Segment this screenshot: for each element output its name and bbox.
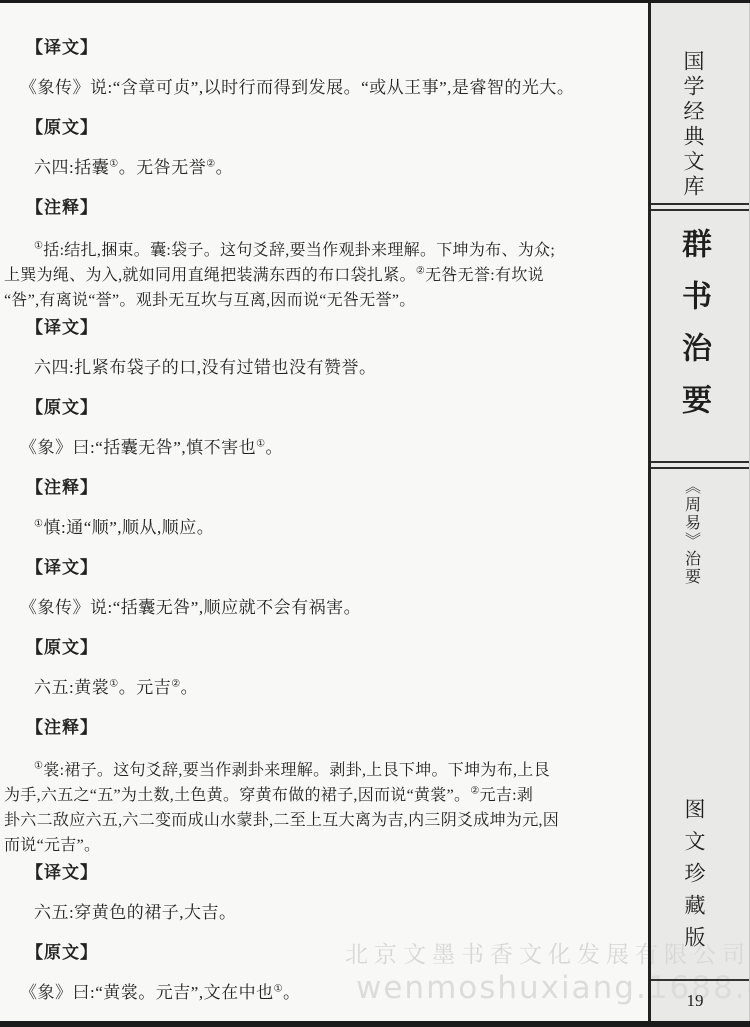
translation-paragraph: 六五:穿黄色的裙子,大吉。 (34, 903, 648, 923)
series-title: 国学经典文库 (678, 50, 708, 200)
section-header: 【译文】 (26, 558, 648, 578)
book-spine-sidebar: 国学经典文库 群书治要 《周易》治要 图文珍藏版 19 (648, 0, 750, 1027)
section-header: 【译文】 (26, 318, 648, 338)
chapter-title-row: 《周易》治要 (651, 478, 731, 586)
sidebar-divider (651, 203, 749, 211)
section-header: 【译文】 (26, 38, 648, 58)
chapter-title: 《周易》治要 (680, 478, 703, 586)
section-header: 【注释】 (26, 478, 648, 498)
page-number: 19 (651, 981, 739, 1021)
original-text-line: 《象》曰:“黄裳。元吉”,文在中也①。 (20, 983, 648, 1003)
original-text-line: 《象》曰:“括囊无咎”,慎不害也①。 (20, 438, 648, 458)
annotation-paragraph: ①裳:裙子。这句爻辞,要当作剥卦来理解。剥卦,上艮下坤。下坤为布,上艮 为手,六… (4, 758, 644, 858)
series-title-row: 国学经典文库 (651, 50, 735, 200)
page-bottom-rule (0, 1021, 750, 1027)
page-top-rule (0, 0, 750, 3)
section-header: 【原文】 (26, 118, 648, 138)
book-title-row: 群书治要 (651, 228, 735, 436)
original-text-line: 六五:黄裳①。元吉②。 (34, 678, 648, 698)
edition-label: 图文珍藏版 (679, 798, 709, 958)
section-header: 【原文】 (26, 398, 648, 418)
annotation-paragraph: ①慎:通“顺”,顺从,顺应。 (34, 518, 648, 538)
translation-paragraph: 《象传》说:“含章可贞”,以时行而得到发展。“或从王事”,是睿智的光大。 (20, 78, 648, 98)
section-header: 【原文】 (26, 943, 648, 963)
section-header: 【注释】 (26, 198, 648, 218)
translation-paragraph: 六四:扎紧布袋子的口,没有过错也没有赞誉。 (34, 358, 648, 378)
section-header: 【原文】 (26, 638, 648, 658)
edition-label-row: 图文珍藏版 (651, 798, 737, 958)
translation-paragraph: 《象传》说:“括囊无咎”,顺应就不会有祸害。 (20, 598, 648, 618)
original-text-line: 六四:括囊①。无咎无誉②。 (34, 158, 648, 178)
section-header: 【注释】 (26, 718, 648, 738)
book-title: 群书治要 (671, 228, 715, 436)
main-text-column: 【译文】 《象传》说:“含章可贞”,以时行而得到发展。“或从王事”,是睿智的光大… (0, 3, 648, 1023)
sidebar-divider (651, 461, 749, 469)
section-header: 【译文】 (26, 863, 648, 883)
annotation-paragraph: ①括:结扎,捆束。囊:袋子。这句爻辞,要当作观卦来理解。下坤为布、为众; 上巽为… (4, 238, 644, 313)
